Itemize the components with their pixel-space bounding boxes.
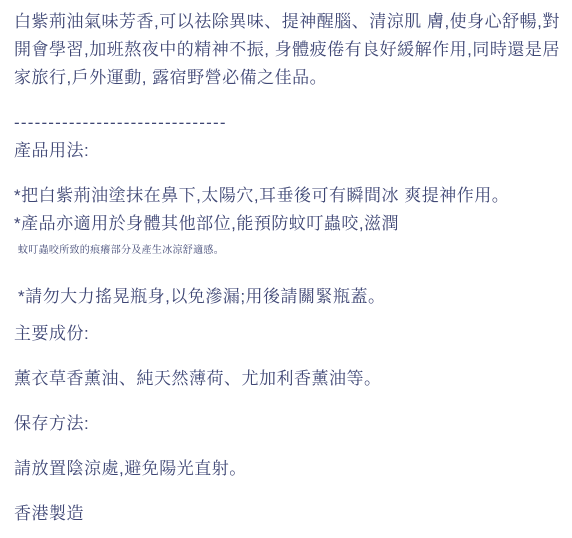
intro-paragraph: 白紫荊油氣味芳香,可以祛除異味、提神醒腦、清涼肌 膚,使身心舒暢,對開會學習,加… [14, 8, 562, 92]
storage-heading: 保存方法: [14, 410, 562, 438]
storage-paragraph: 請放置陰涼處,避免陽光直射。 [14, 455, 562, 483]
ingredients-paragraph: 薰衣草香薰油、純天然薄荷、尤加利香薰油等。 [14, 365, 562, 393]
usage-step-2: *產品亦適用於身體其他部位,能預防蚊叮蟲咬,滋潤 [14, 210, 562, 238]
usage-heading: 產品用法: [14, 137, 562, 165]
product-description: 白紫荊油氣味芳香,可以祛除異味、提神醒腦、清涼肌 膚,使身心舒暢,對開會學習,加… [0, 0, 572, 528]
ingredients-heading: 主要成份: [14, 320, 562, 348]
usage-step-1: *把白紫荊油塗抹在鼻下,太陽穴,耳垂後可有瞬間冰 爽提神作用。 [14, 182, 562, 210]
usage-note: 蚊叮蟲咬所致的痕癢部分及產生冰涼舒適感。 [14, 244, 562, 258]
dashed-divider: ------------------------------- [14, 109, 562, 137]
origin-paragraph: 香港製造 [14, 500, 562, 528]
caution-paragraph: *請勿大力搖晃瓶身,以免滲漏;用後請關緊瓶蓋。 [14, 283, 562, 311]
